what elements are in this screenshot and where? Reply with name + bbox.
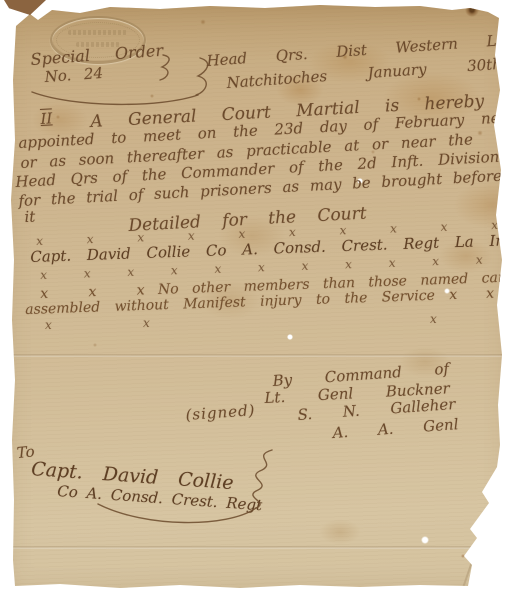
horizontal-fold-line <box>0 354 515 357</box>
body-line-6: it <box>24 207 36 226</box>
scanned-document-page: { "colors": { "background": "#ffffff", "… <box>0 0 515 599</box>
tick-mark: x <box>430 312 437 326</box>
tick-mark: x <box>143 316 150 330</box>
seal-text-impression <box>68 30 128 35</box>
section-mark: II <box>40 109 53 128</box>
horizontal-fold-line <box>0 546 515 549</box>
tick-mark: x <box>45 318 52 332</box>
aged-paper-sheet: Special Order No. 24 Head Qrs. Dist West… <box>0 0 515 599</box>
torn-corner-fragment <box>4 0 46 15</box>
